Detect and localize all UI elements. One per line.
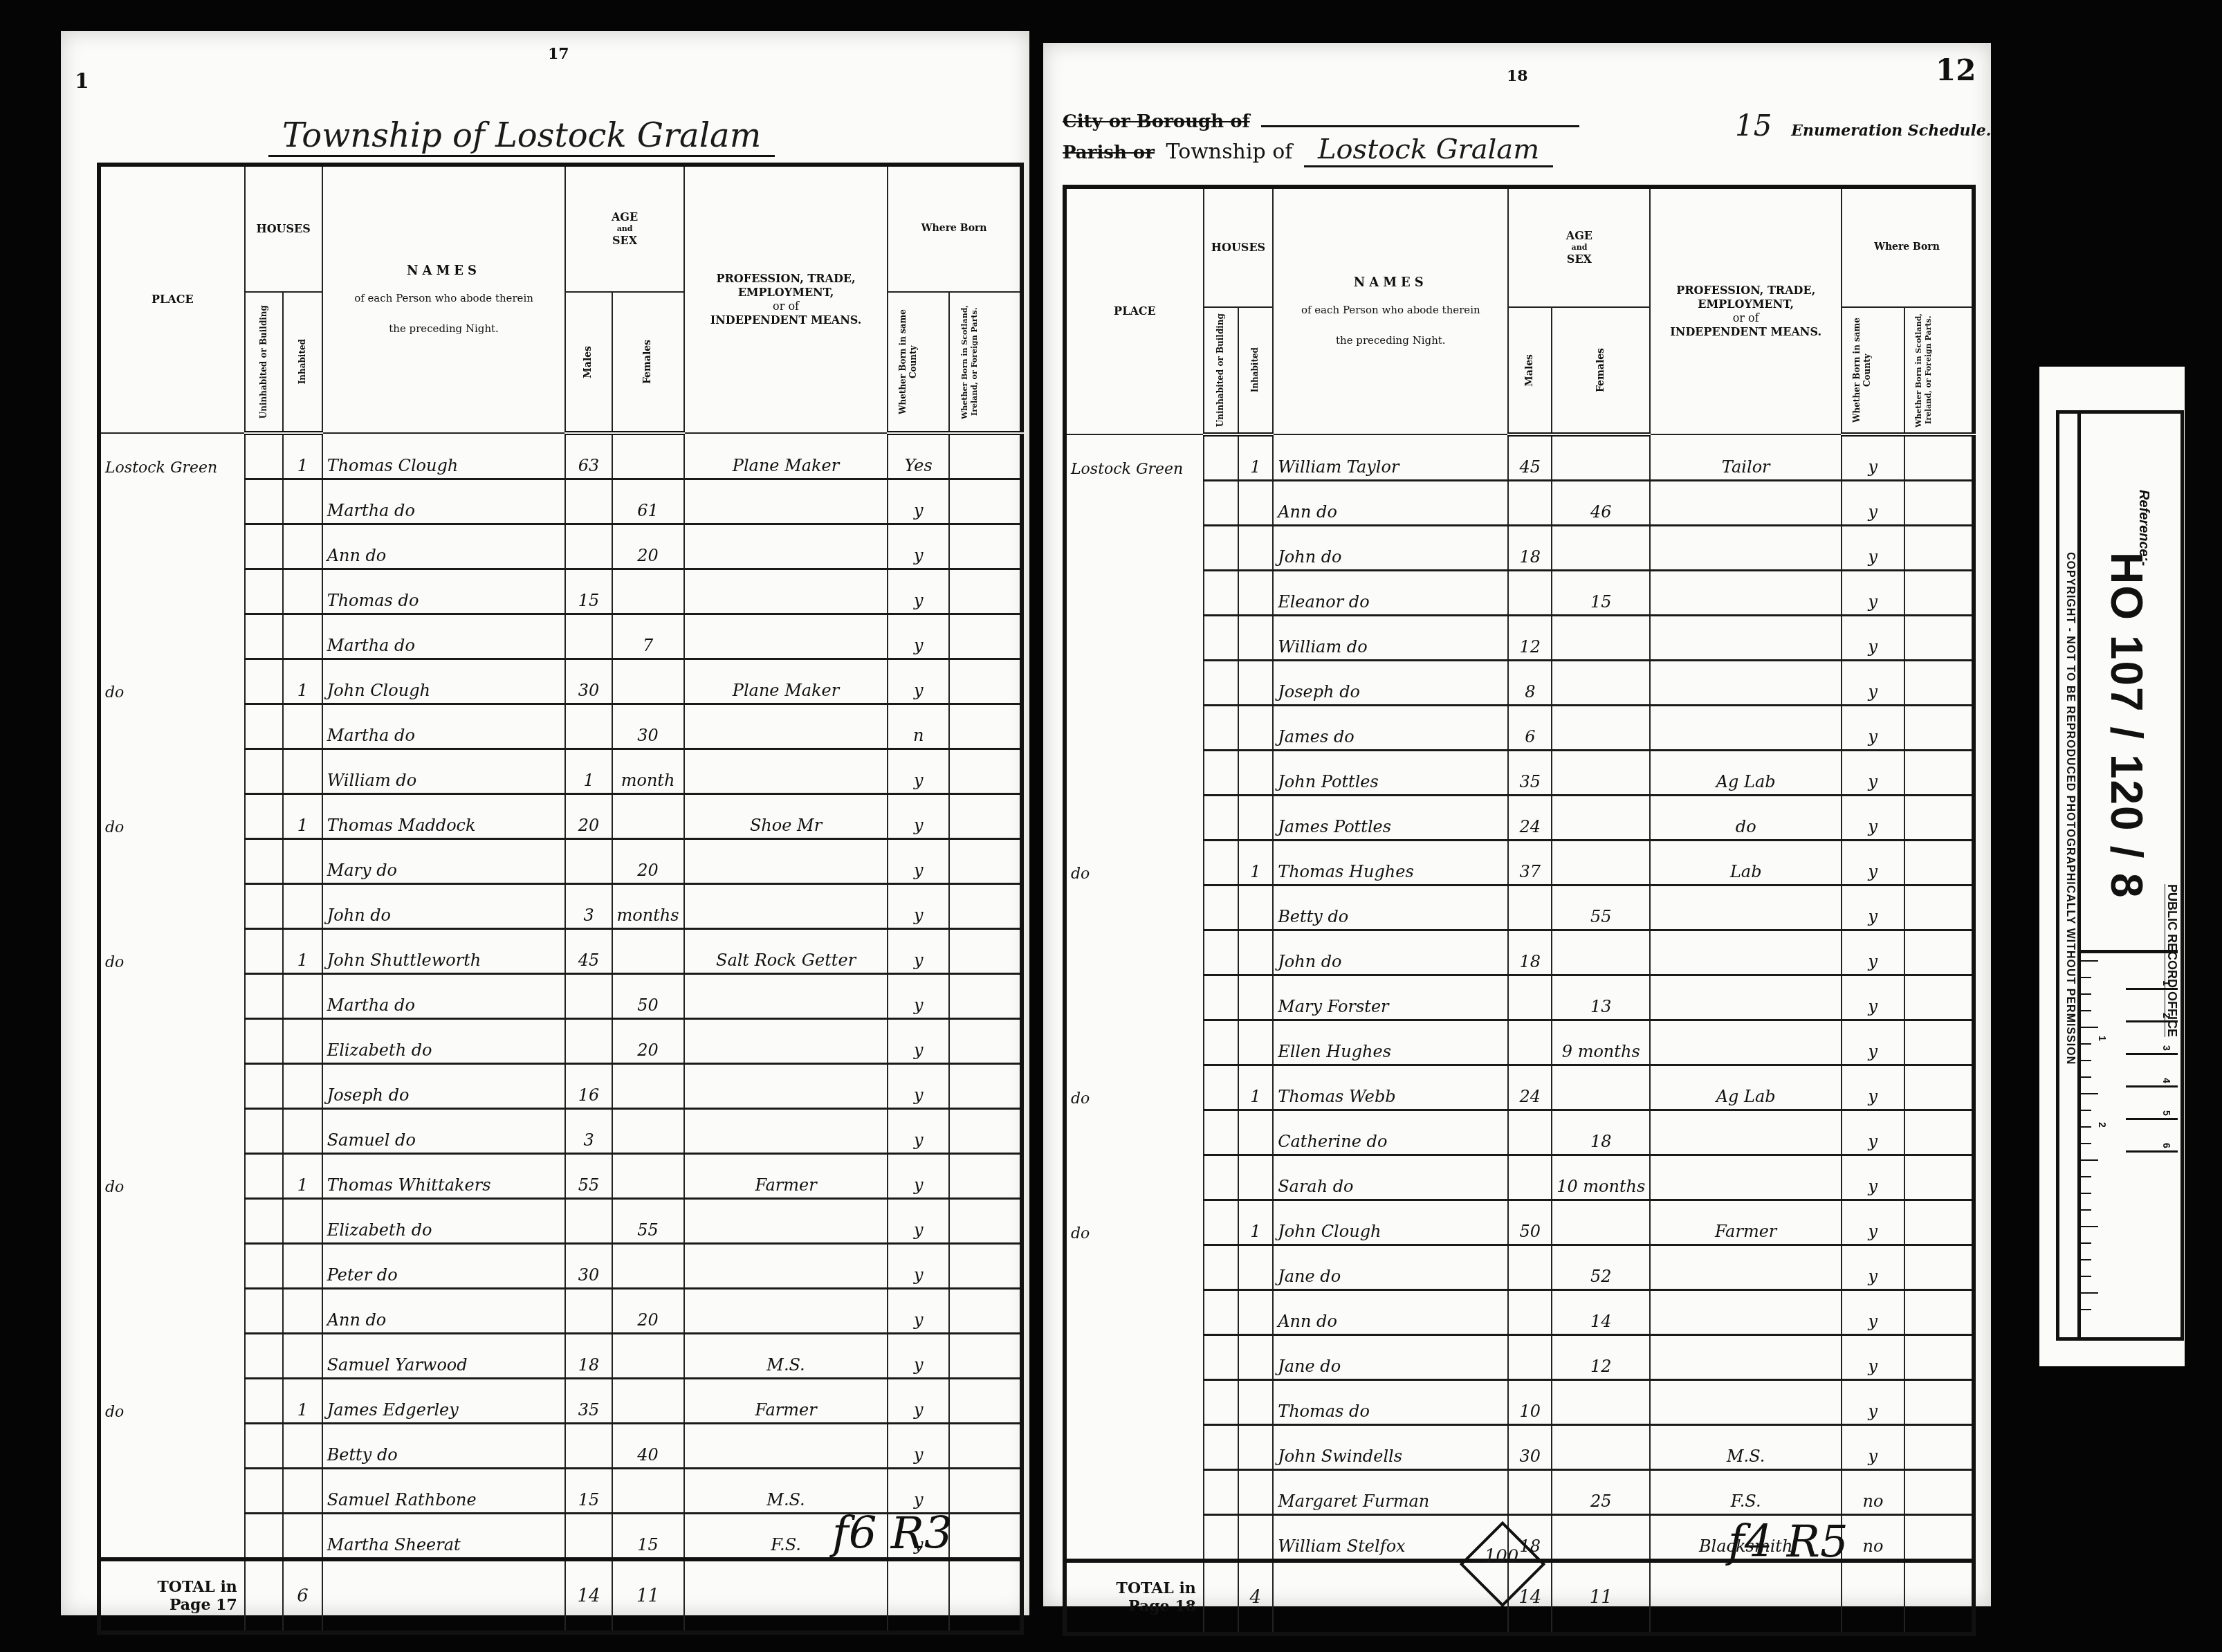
page-number: 18 [1507,67,1528,85]
cell-place [99,839,245,884]
cell-name: Martha do [322,479,566,524]
cell-occupation: do [1650,796,1842,841]
ruler-tick [2077,1010,2091,1011]
cell-age-male: 24 [1508,796,1552,841]
cell-born-foreign [1904,1245,1974,1290]
cell-born-foreign [1904,661,1974,706]
cell-born-foreign [949,479,1022,524]
cell-inhabited [1238,1425,1274,1470]
cell-age-male [1508,571,1552,616]
cell-name: Thomas Whittakers [322,1154,566,1199]
cell-name: Thomas Clough [322,433,566,479]
cell-born-foreign [1904,706,1974,751]
ruler-tick [2077,977,2091,978]
cell-occupation [1650,1245,1842,1290]
cell-age-female [612,1469,684,1514]
cell-place [1065,1380,1204,1425]
cell-name: William Taylor [1273,434,1508,481]
cell-place [99,704,245,749]
header-names: NAMES of each Person who abode therein t… [1273,187,1508,434]
census-row: Martha do30n [99,704,1022,749]
cell-age-female: 13 [1552,975,1650,1020]
cell-age-male [1508,1020,1552,1065]
cell-inhabited [283,1289,322,1334]
corner-mark: 1 [75,69,89,93]
cell-inhabited [283,1424,322,1469]
cell-place [99,1244,245,1289]
cell-born-foreign [949,1289,1022,1334]
census-row: Elizabeth do55y [99,1199,1022,1244]
census-row: John do3monthsy [99,884,1022,929]
cell-name: Martha Sheerat [322,1514,566,1560]
census-row: Martha do7y [99,614,1022,659]
ruler-tick [2077,1193,2091,1194]
total-houses: 6 [297,1586,309,1606]
cell-place [1065,796,1204,841]
cell-place [1065,1290,1204,1335]
ruler-cm-label: 4 [2161,1078,2172,1083]
cell-occupation [684,569,888,614]
cell-occupation [684,614,888,659]
census-row: Betty do55y [1065,885,1974,930]
census-row: Samuel Rathbone15M.S.y [99,1469,1022,1514]
cell-uninhabited [245,1199,284,1244]
cell-name: Elizabeth do [322,1199,566,1244]
cell-born-county: y [1842,1425,1904,1470]
cell-inhabited [1238,751,1274,796]
cell-inhabited: 1 [283,659,322,704]
cell-age-female [612,1109,684,1154]
cell-place: Lostock Green [1065,434,1204,481]
census-row: Jane do12y [1065,1335,1974,1380]
cell-born-county: y [888,479,949,524]
cell-born-county: y [1842,1290,1904,1335]
cell-born-foreign [949,749,1022,794]
cell-age-male: 24 [1508,1065,1552,1110]
ruler-tick [2077,1093,2098,1094]
ruler-inch-label: 1 [2097,1036,2108,1041]
cell-place: Lostock Green [99,433,245,479]
census-row: Ann do20y [99,524,1022,569]
cell-occupation [684,1064,888,1109]
cell-age-male: 20 [565,794,612,839]
cell-place [1065,1425,1204,1470]
cell-place [1065,1470,1204,1515]
cell-inhabited [1238,1380,1274,1425]
cell-name: James do [1273,706,1508,751]
cell-uninhabited [1204,661,1238,706]
cell-uninhabited [245,569,284,614]
cell-inhabited [1238,975,1274,1020]
cell-occupation: Plane Maker [684,433,888,479]
cell-uninhabited [245,1154,284,1199]
cell-occupation: Salt Rock Getter [684,929,888,974]
measurement-ruler: 12345612 [2077,950,2178,1341]
cell-inhabited [1238,706,1274,751]
cell-name: Ann do [1273,481,1508,526]
cell-age-male: 45 [1508,434,1552,481]
header-place: PLACE [1065,187,1204,434]
total-label: TOTAL in [1067,1579,1196,1597]
cell-inhabited [1238,1470,1274,1515]
census-table-right: PLACE HOUSES NAMES of each Person who ab… [1063,185,1976,1636]
cell-born-county: y [888,884,949,929]
ruler-inch-label: 2 [2097,1122,2108,1128]
census-row: Mary Forster13y [1065,975,1974,1020]
cell-name: Elizabeth do [322,1019,566,1064]
cell-age-female: 50 [612,974,684,1019]
cell-occupation [684,1019,888,1064]
cell-age-male: 30 [565,1244,612,1289]
cell-occupation [684,1289,888,1334]
cell-name: Betty do [1273,885,1508,930]
ruler-tick [2077,1176,2091,1177]
cell-age-male [565,974,612,1019]
cell-age-female [612,794,684,839]
cell-occupation [684,974,888,1019]
cell-place [99,884,245,929]
cell-occupation: Shoe Mr [684,794,888,839]
census-row: do1John Shuttleworth45Salt Rock Gettery [99,929,1022,974]
cell-age-male: 6 [1508,706,1552,751]
cell-place [99,1109,245,1154]
cell-uninhabited [1204,1155,1238,1200]
total-row: TOTAL inPage 17 6 14 11 [99,1559,1022,1633]
cell-born-county: y [888,1469,949,1514]
cell-name: Eleanor do [1273,571,1508,616]
cell-born-county: y [1842,930,1904,975]
ruler-tick [2077,1292,2098,1294]
total-males: 14 [577,1586,600,1606]
cell-age-male: 12 [1508,616,1552,661]
ruler-cm-mark [2126,1053,2178,1055]
cell-born-foreign [949,1244,1022,1289]
cell-name: Thomas Webb [1273,1065,1508,1110]
cell-uninhabited [245,794,284,839]
cell-name: William do [322,749,566,794]
cell-born-foreign [1904,1065,1974,1110]
cell-age-female: 55 [612,1199,684,1244]
cell-inhabited [1238,1335,1274,1380]
cell-born-county: y [888,1289,949,1334]
cell-age-male: 45 [565,929,612,974]
cell-occupation: Farmer [1650,1200,1842,1245]
cell-born-foreign [949,1379,1022,1424]
cell-inhabited: 1 [283,1379,322,1424]
cell-age-male [1508,1110,1552,1155]
ruler-cm-label: 5 [2161,1110,2172,1116]
cell-place: do [1065,1065,1204,1110]
cell-uninhabited [1204,975,1238,1020]
cell-born-foreign [949,704,1022,749]
cell-uninhabited [1204,1515,1238,1561]
census-row: Lostock Green1William Taylor45Tailory [1065,434,1974,481]
cell-born-foreign [1904,481,1974,526]
cell-age-male [1508,481,1552,526]
cell-uninhabited [1204,1245,1238,1290]
reference-box: Reference:- HO 107 / 120 / 8 PUBLIC RECO… [2056,410,2184,1341]
ruler-tick [2077,1043,2091,1045]
cell-inhabited [283,614,322,659]
cell-place [99,749,245,794]
cell-uninhabited [1204,1020,1238,1065]
cell-born-county: n [888,704,949,749]
cell-born-county: y [1842,751,1904,796]
cell-uninhabited [245,704,284,749]
ruler-tick [2077,1209,2091,1211]
cell-born-foreign [1904,1380,1974,1425]
cell-name: John Pottles [1273,751,1508,796]
ruler-tick [2077,1060,2091,1061]
cell-born-foreign [949,1424,1022,1469]
cell-uninhabited [245,1019,284,1064]
census-row: Joseph do8y [1065,661,1974,706]
township-label: Township of [1166,140,1292,164]
cell-age-female: 9 months [1552,1020,1650,1065]
cell-uninhabited [245,1289,284,1334]
header-age-sex: AGEandSEX [1508,187,1650,307]
cell-born-county: y [1842,1245,1904,1290]
cell-inhabited [283,839,322,884]
cell-inhabited [1238,616,1274,661]
cell-occupation [684,479,888,524]
cell-name: John do [1273,526,1508,571]
census-row: do1Thomas Whittakers55Farmery [99,1154,1022,1199]
cell-occupation [684,839,888,884]
cell-place [99,524,245,569]
cell-inhabited [283,704,322,749]
cell-age-female [612,1334,684,1379]
cell-place [99,479,245,524]
header-uninhabited: Uninhabited or Building [1215,313,1226,427]
cell-inhabited [1238,481,1274,526]
cell-born-foreign [949,1064,1022,1109]
census-row: Margaret Furman25F.S.no [1065,1470,1974,1515]
header-born-county: Whether Born in same County [898,296,939,428]
cell-born-foreign [949,1019,1022,1064]
cell-uninhabited [1204,434,1238,481]
margin-note: f4 R5 [1728,1516,1848,1568]
cell-occupation [1650,616,1842,661]
census-row: William do12y [1065,616,1974,661]
cell-occupation: Ag Lab [1650,1065,1842,1110]
township-line: Parish or Township of Lostock Gralam [1063,126,1553,167]
header-where-born: Where Born [1842,187,1974,307]
ruler-cm-label: 3 [2161,1045,2172,1051]
cell-place: do [1065,1200,1204,1245]
cell-age-female [612,433,684,479]
cell-place [99,614,245,659]
ruler-tick [2077,993,2091,995]
cell-name: John do [1273,930,1508,975]
folio-number: 12 [1936,53,1976,87]
census-row: John Pottles35Ag Laby [1065,751,1974,796]
cell-place [1065,481,1204,526]
cell-place: do [99,1154,245,1199]
cell-age-male [1508,975,1552,1020]
cell-age-male [1508,1290,1552,1335]
ruler-tick [2077,1027,2098,1028]
cell-born-county: no [1842,1470,1904,1515]
census-row: Peter do30y [99,1244,1022,1289]
cell-age-female: 18 [1552,1110,1650,1155]
cell-name: Betty do [322,1424,566,1469]
cell-name: James Pottles [1273,796,1508,841]
cell-name: Jane do [1273,1335,1508,1380]
cell-born-county: y [1842,1200,1904,1245]
cell-uninhabited [245,884,284,929]
cell-inhabited [1238,796,1274,841]
ruler-tick [2077,1126,2091,1128]
census-row: Joseph do16y [99,1064,1022,1109]
cell-born-foreign [1904,1020,1974,1065]
cell-born-foreign [949,884,1022,929]
cell-place [1065,1110,1204,1155]
cell-born-county: y [888,974,949,1019]
cell-name: Martha do [322,614,566,659]
census-row: do1Thomas Webb24Ag Laby [1065,1065,1974,1110]
cell-uninhabited [1204,930,1238,975]
cell-born-foreign [949,839,1022,884]
cell-age-male: 15 [565,569,612,614]
cell-uninhabited [245,479,284,524]
cell-age-female [612,929,684,974]
census-row: James do6y [1065,706,1974,751]
census-row: Thomas do10y [1065,1380,1974,1425]
cell-uninhabited [245,839,284,884]
cell-born-county: y [1842,1380,1904,1425]
cell-age-male [565,1424,612,1469]
cell-occupation: M.S. [684,1334,888,1379]
cell-name: Martha do [322,704,566,749]
cell-age-female: 55 [1552,885,1650,930]
cell-age-male: 30 [565,659,612,704]
cell-inhabited: 1 [283,929,322,974]
page-heading: Township of Lostock Gralam [268,114,775,156]
cell-occupation [684,1244,888,1289]
cell-name: Ann do [1273,1290,1508,1335]
ruler-tick [2077,1276,2091,1277]
header-males: Males [582,346,595,378]
cell-uninhabited [245,1469,284,1514]
cell-uninhabited [1204,1110,1238,1155]
cell-born-county: no [1842,1515,1904,1561]
copyright-notice: COPYRIGHT - NOT TO BE REPRODUCED PHOTOGR… [2064,552,2076,1065]
cell-age-female [1552,1200,1650,1245]
cell-place [1065,1335,1204,1380]
cell-born-foreign [1904,1200,1974,1245]
cell-age-female [1552,706,1650,751]
ruler-cm-label: 1 [2161,980,2172,986]
cell-age-female: 15 [1552,571,1650,616]
cell-age-female: months [612,884,684,929]
cell-inhabited: 1 [283,1154,322,1199]
cell-name: Martha do [322,974,566,1019]
cell-born-foreign [949,614,1022,659]
census-row: Martha do50y [99,974,1022,1019]
cell-born-county: y [888,569,949,614]
cell-place: do [1065,841,1204,885]
header-profession: PROFESSION, TRADE,EMPLOYMENT, or ofINDEP… [1650,187,1842,434]
cell-uninhabited [245,974,284,1019]
cell-born-county: Yes [888,433,949,479]
cell-born-county: y [1842,434,1904,481]
cell-uninhabited [1204,841,1238,885]
cell-age-male: 35 [1508,751,1552,796]
cell-born-foreign [1904,1155,1974,1200]
cell-inhabited: 1 [1238,841,1274,885]
cell-uninhabited [1204,1335,1238,1380]
cell-place: do [99,929,245,974]
census-row: Ann do46y [1065,481,1974,526]
cell-occupation: Lab [1650,841,1842,885]
cell-born-county: y [1842,1065,1904,1110]
cell-age-male [1508,1470,1552,1515]
header-born-county: Whether Born in same County [1852,311,1893,429]
margin-note: f6 R3 [832,1508,953,1559]
cell-age-male [1508,885,1552,930]
header-houses: HOUSES [1204,187,1273,307]
cell-age-female: 61 [612,479,684,524]
census-row: Eleanor do15y [1065,571,1974,616]
cell-place [1065,751,1204,796]
ruler-tick [2077,960,2098,962]
cell-name: Sarah do [1273,1155,1508,1200]
cell-uninhabited [1204,751,1238,796]
cell-inhabited [283,1244,322,1289]
cell-born-county: y [1842,841,1904,885]
cell-born-county: y [888,614,949,659]
cell-inhabited: 1 [283,794,322,839]
census-row: Ann do14y [1065,1290,1974,1335]
census-row: John Swindells30M.S.y [1065,1425,1974,1470]
cell-age-male [1508,1155,1552,1200]
cell-born-county: y [888,659,949,704]
census-row: John do18y [1065,930,1974,975]
cell-uninhabited [245,1334,284,1379]
cell-age-female [1552,616,1650,661]
cell-uninhabited [1204,1425,1238,1470]
cell-occupation: Plane Maker [684,659,888,704]
cell-uninhabited [1204,1470,1238,1515]
cell-inhabited [283,1064,322,1109]
cell-born-county: y [1842,661,1904,706]
cell-occupation [684,1424,888,1469]
total-houses: 4 [1250,1587,1262,1608]
cell-born-foreign [1904,1470,1974,1515]
cell-born-county: y [888,1154,949,1199]
cell-age-female [1552,930,1650,975]
cell-age-male: 30 [1508,1425,1552,1470]
cell-inhabited [1238,885,1274,930]
cell-inhabited [283,1469,322,1514]
cell-name: Peter do [322,1244,566,1289]
ruler-cm-mark [2126,1150,2178,1153]
cell-age-female: 46 [1552,481,1650,526]
cell-uninhabited [245,433,284,479]
census-row: Samuel do3y [99,1109,1022,1154]
cell-age-male: 35 [565,1379,612,1424]
cell-age-male: 8 [1508,661,1552,706]
ruler-tick [2077,1242,2091,1244]
census-row: James Pottles24doy [1065,796,1974,841]
cell-place: do [99,659,245,704]
cell-name: Ann do [322,524,566,569]
cell-occupation: Tailor [1650,434,1842,481]
census-table-left: PLACE HOUSES NAMES of each Person who ab… [97,163,1024,1635]
cell-uninhabited [1204,616,1238,661]
cell-born-foreign [949,524,1022,569]
